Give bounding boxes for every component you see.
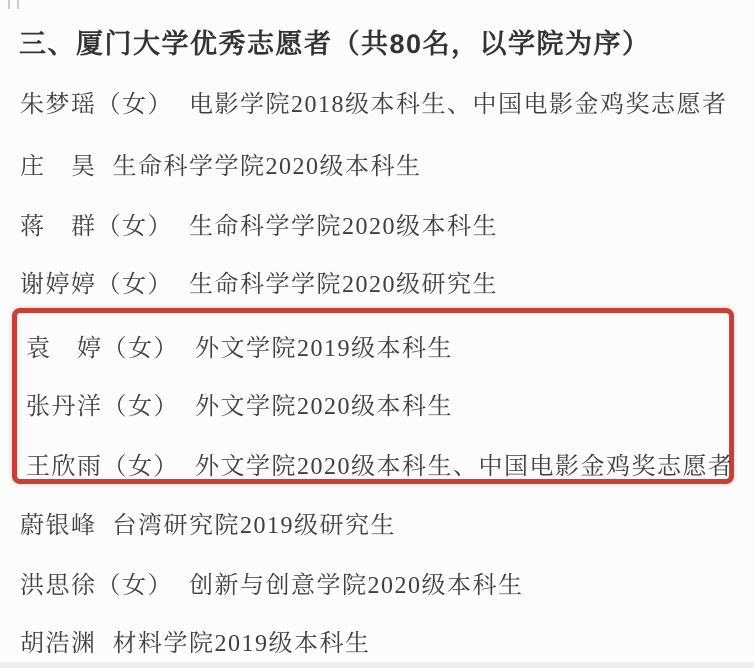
- volunteer-name: 庄 昊: [20, 154, 97, 180]
- volunteer-info: 生命科学学院2020级本科生: [189, 214, 498, 240]
- volunteer-row: 谢婷婷（女）生命科学学院2020级研究生: [20, 264, 498, 290]
- volunteer-name: 朱梦瑶（女）: [20, 92, 173, 118]
- section-title: 三、厦门大学优秀志愿者（共80名，以学院为序）: [19, 22, 651, 61]
- volunteer-row: 庄 昊生命科学学院2020级本科生: [20, 146, 422, 172]
- volunteer-name: 蒋 群（女）: [20, 214, 173, 240]
- cropped-text-artifact: [8, 0, 19, 9]
- volunteer-info: 生命科学学院2020级研究生: [189, 272, 498, 298]
- volunteer-name: 袁 婷（女）: [26, 336, 179, 362]
- volunteer-info: 外文学院2020级本科生、中国电影金鸡奖志愿者: [195, 454, 734, 480]
- volunteer-info: 生命科学学院2020级本科生: [113, 154, 422, 180]
- document-page: 三、厦门大学优秀志愿者（共80名，以学院为序） 朱梦瑶（女）电影学院2018级本…: [0, 0, 754, 668]
- volunteer-row: 朱梦瑶（女）电影学院2018级本科生、中国电影金鸡奖志愿者: [20, 84, 728, 110]
- volunteer-info: 外文学院2019级本科生: [195, 336, 453, 362]
- volunteer-row: 蔚银峰台湾研究院2019级研究生: [20, 505, 396, 531]
- volunteer-name: 王欣雨（女）: [26, 454, 179, 480]
- volunteer-info: 创新与创意学院2020级本科生: [189, 573, 524, 599]
- volunteer-row: 洪思徐（女）创新与创意学院2020级本科生: [20, 565, 524, 591]
- volunteer-name: 蔚银峰: [20, 513, 97, 539]
- volunteer-name: 张丹洋（女）: [26, 394, 179, 420]
- volunteer-name: 胡浩渊: [20, 631, 97, 657]
- page-bottom-edge: [0, 662, 754, 668]
- volunteer-info: 电影学院2018级本科生、中国电影金鸡奖志愿者: [189, 92, 728, 118]
- volunteer-info: 材料学院2019级本科生: [113, 631, 371, 657]
- volunteer-name: 洪思徐（女）: [20, 573, 173, 599]
- volunteer-row: 胡浩渊材料学院2019级本科生: [20, 623, 371, 649]
- volunteer-row-highlighted: 张丹洋（女）外文学院2020级本科生: [26, 386, 453, 412]
- volunteer-row: 蒋 群（女）生命科学学院2020级本科生: [20, 206, 498, 232]
- volunteer-row-highlighted: 袁 婷（女）外文学院2019级本科生: [26, 328, 453, 354]
- volunteer-row-highlighted: 王欣雨（女）外文学院2020级本科生、中国电影金鸡奖志愿者: [26, 446, 734, 472]
- volunteer-info: 台湾研究院2019级研究生: [113, 513, 397, 539]
- volunteer-info: 外文学院2020级本科生: [195, 394, 453, 420]
- volunteer-name: 谢婷婷（女）: [20, 272, 173, 298]
